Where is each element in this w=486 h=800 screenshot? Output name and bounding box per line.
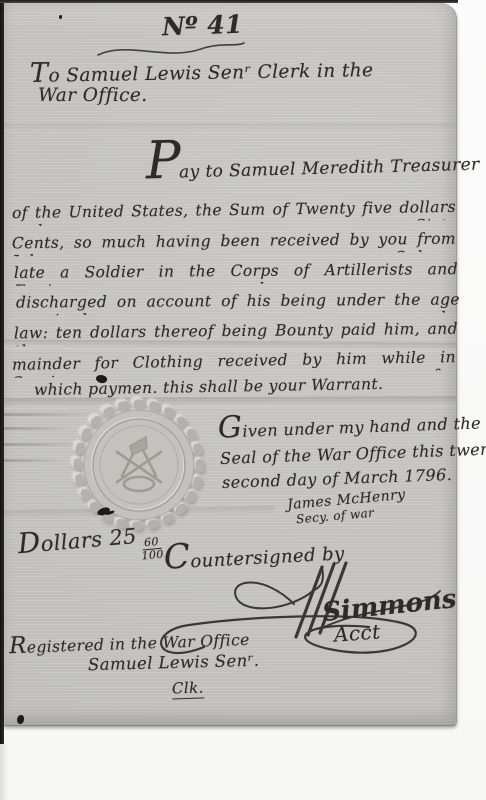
accountant-title: Acct xyxy=(333,619,381,646)
amount-label: Dollars 25 xyxy=(17,524,138,558)
testimonium-line: Seal of the War Office this twenty xyxy=(220,439,486,468)
warrant-paper: Nº 41 To Samuel Lewis Senʳ Clerk in the … xyxy=(4,3,457,726)
body-line: of the United States, the Sum of Twenty … xyxy=(12,198,456,226)
amount-line: Dollars 2560100 xyxy=(16,515,164,573)
scan-edge-shadow xyxy=(0,744,9,800)
addressee-line: War Office. xyxy=(38,85,148,106)
amount-fraction: 60100 xyxy=(140,536,164,562)
testimonium-line: Given under my hand and the xyxy=(218,413,482,441)
countersigned-label: Countersigned by xyxy=(164,543,345,573)
body-line: Pay to Samuel Meredith Treasurer xyxy=(146,151,480,184)
registered-signature: Samuel Lewis Senʳ. xyxy=(88,651,260,674)
document-number: Nº 41 xyxy=(162,10,244,42)
body-line: mainder for Clothing received by him whi… xyxy=(12,348,456,378)
body-line: Cents, so much having been received by y… xyxy=(12,230,456,257)
paper-wrinkle xyxy=(4,427,74,430)
war-office-embossed-seal-icon xyxy=(70,396,208,534)
body-line: law: ten dollars thereof being Bounty pa… xyxy=(14,320,458,347)
body-line: late a Soldier in the Corps of Artilleri… xyxy=(14,260,458,286)
ink-blot xyxy=(17,715,24,724)
addressee-line: To Samuel Lewis Senʳ Clerk in the xyxy=(30,52,374,89)
scanned-document: Nº 41 To Samuel Lewis Senʳ Clerk in the … xyxy=(0,0,486,800)
testimonium-line: second day of March 1796. xyxy=(222,465,453,492)
paper-crease xyxy=(4,123,456,133)
ink-blot xyxy=(59,15,62,19)
paper-wrinkle xyxy=(4,459,64,462)
registered-title: Clk. xyxy=(172,678,204,699)
body-line: discharged on account of his being under… xyxy=(16,290,460,315)
